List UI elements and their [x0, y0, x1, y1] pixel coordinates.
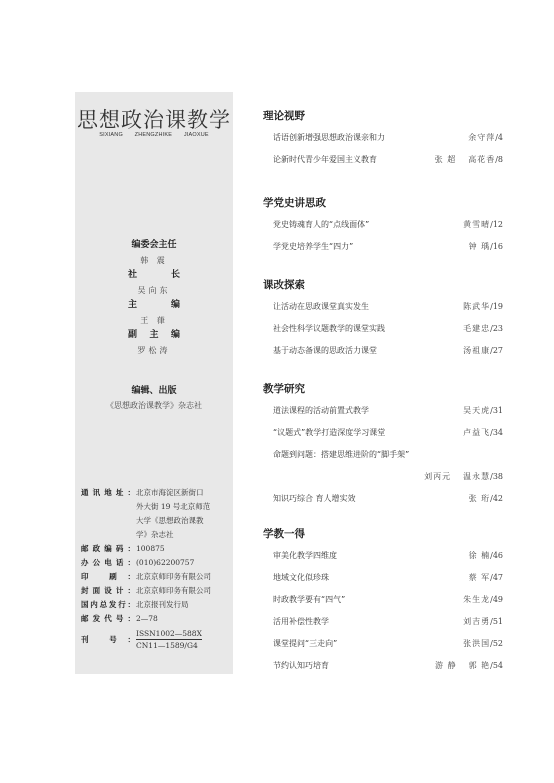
address-line: 外大街 19 号北京师范 [136, 500, 228, 514]
key-char: 办 [81, 556, 89, 570]
article-author: 刘丙元 [424, 471, 451, 482]
staff-role: 主 编 [75, 298, 233, 313]
masthead-panel: 思想政治课教学 SIXIANG ZHENGZHIKE JIAOXUE 编委会主任… [75, 92, 233, 674]
info-value: 100875 [135, 542, 165, 556]
info-key: 刊号： [81, 633, 135, 647]
info-key: 邮政编码： [81, 542, 135, 556]
article-item[interactable]: 活用补偿性教学 刘吉勇/51 [263, 610, 503, 632]
info-value: 北京市海淀区新街口 外大街 19 号北京师范 大学《思想政治课教 学》杂志社 [135, 486, 228, 542]
article-author: 毛建忠 [463, 324, 490, 333]
key-char: 发 [109, 598, 117, 612]
role-char: 主 [149, 328, 158, 343]
article-page: /46 [490, 551, 503, 560]
article-page: /47 [490, 573, 503, 582]
article-title[interactable]: 地域文化似珍珠 [273, 572, 329, 583]
article-title[interactable]: 课堂提问“三走向” [273, 638, 337, 649]
article-title[interactable]: 学党史培养学生“四力” [273, 241, 353, 252]
article-item[interactable]: “议题式”教学打造深度学习课堂 卢益飞/34 [263, 421, 503, 443]
info-key: 印刷： [81, 570, 135, 584]
info-row-cover-design: 封面设计： 北京京师印务有限公司 [81, 584, 231, 598]
info-value: 2—78 [135, 612, 158, 626]
article-meta: 黄雪晴/12 [463, 219, 503, 230]
key-char: 刷 [109, 570, 117, 584]
article-item[interactable]: 时政教学要有“四气” 朱生龙/49 [263, 588, 503, 610]
article-item-authors: 刘丙元温永慧/38 [263, 465, 503, 487]
article-meta: 卢益飞/34 [463, 427, 503, 438]
article-meta: 汤祖康/27 [463, 345, 503, 356]
article-page: /23 [490, 324, 503, 333]
article-author: 卢益飞 [463, 428, 490, 437]
key-char: 电 [104, 556, 112, 570]
key-char: 内 [90, 598, 98, 612]
magazine-pinyin: SIXIANG ZHENGZHIKE JIAOXUE [75, 132, 233, 138]
article-item[interactable]: 学党史培养学生“四力” 钟 瑀/16 [263, 235, 503, 257]
key-char: 码 [116, 542, 124, 556]
article-item[interactable]: 课堂提问“三走向” 张洪国/52 [263, 632, 503, 654]
article-meta: 张 珩/42 [469, 493, 503, 504]
article-meta: 陈武华/19 [463, 301, 503, 312]
info-value: (010)62200757 [135, 556, 194, 570]
article-title[interactable]: 社会性科学议题教学的课堂实践 [273, 323, 385, 334]
article-title[interactable]: 节约认知巧培育 [273, 660, 329, 671]
section-title: 学党史讲思政 [263, 193, 503, 213]
article-meta: 刘吉勇/51 [463, 616, 503, 627]
key-char: 总 [100, 598, 108, 612]
magazine-title: 思想政治课教学 [75, 104, 233, 134]
role-char: 编 [171, 298, 180, 313]
section-title: 教学研究 [263, 379, 503, 399]
article-page: /52 [490, 639, 503, 648]
article-meta: 余守萍/4 [468, 132, 503, 143]
article-author: 汤祖康 [463, 346, 490, 355]
key-char: 政 [93, 542, 101, 556]
key-char: 计 [116, 584, 124, 598]
info-key: 办公电话： [81, 556, 135, 570]
role-char: 社 [128, 268, 137, 283]
key-char: 邮 [81, 542, 89, 556]
article-meta: 徐 楠/46 [469, 550, 503, 561]
colon: ： [128, 612, 136, 626]
publication-info: 通讯地址： 北京市海淀区新街口 外大街 19 号北京师范 大学《思想政治课教 学… [81, 486, 231, 652]
key-char: 印 [81, 570, 89, 584]
article-author: 张洪国 [463, 639, 490, 648]
staff-name: 王 葎 [75, 313, 233, 328]
article-meta: 张洪国/52 [463, 638, 503, 649]
article-item[interactable]: 社会性科学议题教学的课堂实践 毛建忠/23 [263, 317, 503, 339]
role-char: 长 [171, 268, 180, 283]
article-page: /27 [490, 346, 503, 355]
key-char: 行 [118, 598, 126, 612]
key-char: 设 [104, 584, 112, 598]
key-char: 国 [81, 598, 89, 612]
key-char: 号 [116, 612, 124, 626]
article-page: /12 [490, 220, 503, 229]
colon: ： [127, 598, 135, 612]
key-char: 代 [104, 612, 112, 626]
article-item[interactable]: 道法课程的活动前置式教学 吴天虎/31 [263, 399, 503, 421]
colon: ： [128, 486, 136, 542]
article-title[interactable]: 基于动态备课的思政活力课堂 [273, 345, 377, 356]
article-item[interactable]: 基于动态备课的思政活力课堂 汤祖康/27 [263, 339, 503, 361]
toc-section: 学党史讲思政 党史铸魂育人的“点线面体” 黄雪晴/12 学党史培养学生“四力” … [263, 193, 503, 257]
staff-role: 副 主 编 [75, 328, 233, 343]
info-key: 通讯地址： [81, 486, 135, 542]
article-meta: 张 超高花香/8 [435, 154, 503, 165]
info-value: 北京报刊发行局 [135, 598, 189, 612]
article-item[interactable]: 论新时代青少年爱国主义教育 张 超高花香/8 [263, 148, 503, 170]
colon: ： [128, 542, 136, 556]
article-author: 钟 瑀 [469, 242, 491, 251]
publisher-name: 《思想政治课教学》杂志社 [75, 399, 233, 413]
article-title[interactable]: 活用补偿性教学 [273, 616, 329, 627]
role-char: 编 [171, 328, 180, 343]
role-label: 副 主 编 [128, 328, 180, 343]
article-author: 朱生龙 [463, 595, 490, 604]
key-char: 址 [116, 486, 124, 542]
article-title[interactable]: 党史铸魂育人的“点线面体” [273, 219, 369, 230]
address-line: 大学《思想政治课教 [136, 514, 228, 528]
article-item[interactable]: 党史铸魂育人的“点线面体” 黄雪晴/12 [263, 213, 503, 235]
toc-section: 课改探索 让活动在思政课堂真实发生 陈武华/19 社会性科学议题教学的课堂实践 … [263, 275, 503, 361]
info-row-issn: 刊号： ISSN1002—588X CN11—1589/G4 [81, 628, 231, 652]
article-page: /54 [490, 661, 503, 670]
article-meta: 游 静郭 艳/54 [435, 660, 503, 671]
article-page: /8 [495, 155, 503, 164]
key-char: 通 [81, 486, 89, 542]
info-row-printer: 印刷： 北京京师印务有限公司 [81, 570, 231, 584]
article-page: /42 [490, 494, 503, 503]
article-title[interactable]: 审美化教学四维度 [273, 550, 337, 561]
article-author: 张 珩 [469, 494, 491, 503]
article-title[interactable]: “议题式”教学打造深度学习课堂 [273, 427, 385, 438]
address-line: 学》杂志社 [136, 528, 228, 542]
article-item[interactable]: 话语创新增强思想政治课亲和力 余守萍/4 [263, 126, 503, 148]
article-page: /34 [490, 428, 503, 437]
info-value: 北京京师印务有限公司 [135, 584, 211, 598]
role-label: 主 编 [128, 298, 180, 313]
publisher-label: 编辑、出版 [75, 384, 233, 399]
article-author: 余守萍 [468, 133, 495, 142]
section-title: 理论视野 [263, 106, 503, 126]
article-author: 刘吉勇 [463, 617, 490, 626]
key-char: 面 [93, 584, 101, 598]
info-key: 国内总发行： [81, 598, 135, 612]
article-author: 徐 楠 [469, 551, 491, 560]
section-title: 课改探索 [263, 275, 503, 295]
issn-number: ISSN1002—588X CN11—1589/G4 [135, 628, 202, 652]
info-key: 封面设计： [81, 584, 135, 598]
role-char: 副 [128, 328, 137, 343]
key-char: 话 [116, 556, 124, 570]
cn-number: CN11—1589/G4 [136, 640, 202, 652]
staff-name: 罗松涛 [75, 343, 233, 358]
article-title[interactable]: 让活动在思政课堂真实发生 [273, 301, 369, 312]
article-author: 游 静 [435, 660, 457, 671]
toc-section: 学教一得 审美化教学四维度 徐 楠/46 地域文化似珍珠 蔡 军/47 时政教学… [263, 524, 503, 676]
editorial-staff: 编委会主任 韩 震 社 长 吴向东 主 编 王 葎 副 主 编 罗松涛 [75, 238, 233, 358]
info-row-address: 通讯地址： 北京市海淀区新街口 外大街 19 号北京师范 大学《思想政治课教 学… [81, 486, 231, 542]
article-author: 蔡 军 [469, 573, 491, 582]
article-item[interactable]: 知识巧综合 育人增实效 张 珩/42 [263, 487, 503, 509]
article-author: 吴天虎 [463, 406, 490, 415]
article-item[interactable]: 让活动在思政课堂真实发生 陈武华/19 [263, 295, 503, 317]
info-row-distributor: 国内总发行： 北京报刊发行局 [81, 598, 231, 612]
key-char: 公 [93, 556, 101, 570]
article-page: /16 [490, 242, 503, 251]
article-author: 高花香 [468, 155, 495, 164]
colon: ： [128, 570, 136, 584]
key-char: 发 [93, 612, 101, 626]
article-meta: 钟 瑀/16 [469, 241, 503, 252]
colon: ： [128, 633, 136, 647]
article-item[interactable]: 命题到问题：搭建思维进阶的“脚手架” [263, 443, 503, 465]
key-char: 邮 [81, 612, 89, 626]
article-page: /31 [490, 406, 503, 415]
address-line: 北京市海淀区新街口 [136, 486, 228, 500]
key-char: 刊 [81, 633, 89, 647]
article-author: 黄雪晴 [463, 220, 490, 229]
info-row-postal-code: 邮发代号： 2—78 [81, 612, 231, 626]
article-meta: 刘丙元温永慧/38 [424, 471, 503, 482]
key-char: 地 [104, 486, 112, 542]
role-label: 社 长 [128, 268, 180, 283]
section-title: 学教一得 [263, 524, 503, 544]
info-row-phone: 办公电话： (010)62200757 [81, 556, 231, 570]
article-title[interactable]: 时政教学要有“四气” [273, 594, 345, 605]
article-meta: 蔡 军/47 [469, 572, 503, 583]
article-title[interactable]: 论新时代青少年爱国主义教育 [273, 154, 377, 165]
staff-name: 吴向东 [75, 283, 233, 298]
article-title[interactable]: 道法课程的活动前置式教学 [273, 405, 369, 416]
role-char: 主 [128, 298, 137, 313]
key-char: 编 [104, 542, 112, 556]
article-title[interactable]: 命题到问题：搭建思维进阶的“脚手架” [273, 449, 409, 460]
article-meta: 毛建忠/23 [463, 323, 503, 334]
info-value: 北京京师印务有限公司 [135, 570, 211, 584]
article-meta: 吴天虎/31 [463, 405, 503, 416]
article-author: 温永慧 [463, 472, 490, 481]
key-char: 讯 [93, 486, 101, 542]
key-char: 号 [109, 633, 117, 647]
article-author: 张 超 [435, 154, 457, 165]
toc-section: 理论视野 话语创新增强思想政治课亲和力 余守萍/4 论新时代青少年爱国主义教育 … [263, 106, 503, 170]
article-meta: 朱生龙/49 [463, 594, 503, 605]
article-page: /4 [495, 133, 503, 142]
staff-role: 社 长 [75, 268, 233, 283]
article-item[interactable]: 节约认知巧培育 游 静郭 艳/54 [263, 654, 503, 676]
article-author: 陈武华 [463, 302, 490, 311]
article-title[interactable]: 话语创新增强思想政治课亲和力 [273, 132, 385, 143]
article-author: 郭 艳 [469, 661, 491, 670]
issn: ISSN1002—588X [136, 628, 202, 640]
article-page: /49 [490, 595, 503, 604]
toc-section: 教学研究 道法课程的活动前置式教学 吴天虎/31 “议题式”教学打造深度学习课堂… [263, 379, 503, 509]
info-row-postcode: 邮政编码： 100875 [81, 542, 231, 556]
staff-role: 编委会主任 [75, 238, 233, 253]
info-key: 邮发代号： [81, 612, 135, 626]
staff-name: 韩 震 [75, 253, 233, 268]
article-page: /38 [490, 472, 503, 481]
key-char: 封 [81, 584, 89, 598]
article-item[interactable]: 地域文化似珍珠 蔡 军/47 [263, 566, 503, 588]
role-label: 编委会主任 [131, 238, 176, 253]
article-title[interactable]: 知识巧综合 育人增实效 [273, 493, 356, 504]
article-item[interactable]: 审美化教学四维度 徐 楠/46 [263, 544, 503, 566]
colon: ： [128, 556, 136, 570]
article-page: /51 [490, 617, 503, 626]
article-page: /19 [490, 302, 503, 311]
colon: ： [128, 584, 136, 598]
publisher-block: 编辑、出版 《思想政治课教学》杂志社 [75, 384, 233, 413]
